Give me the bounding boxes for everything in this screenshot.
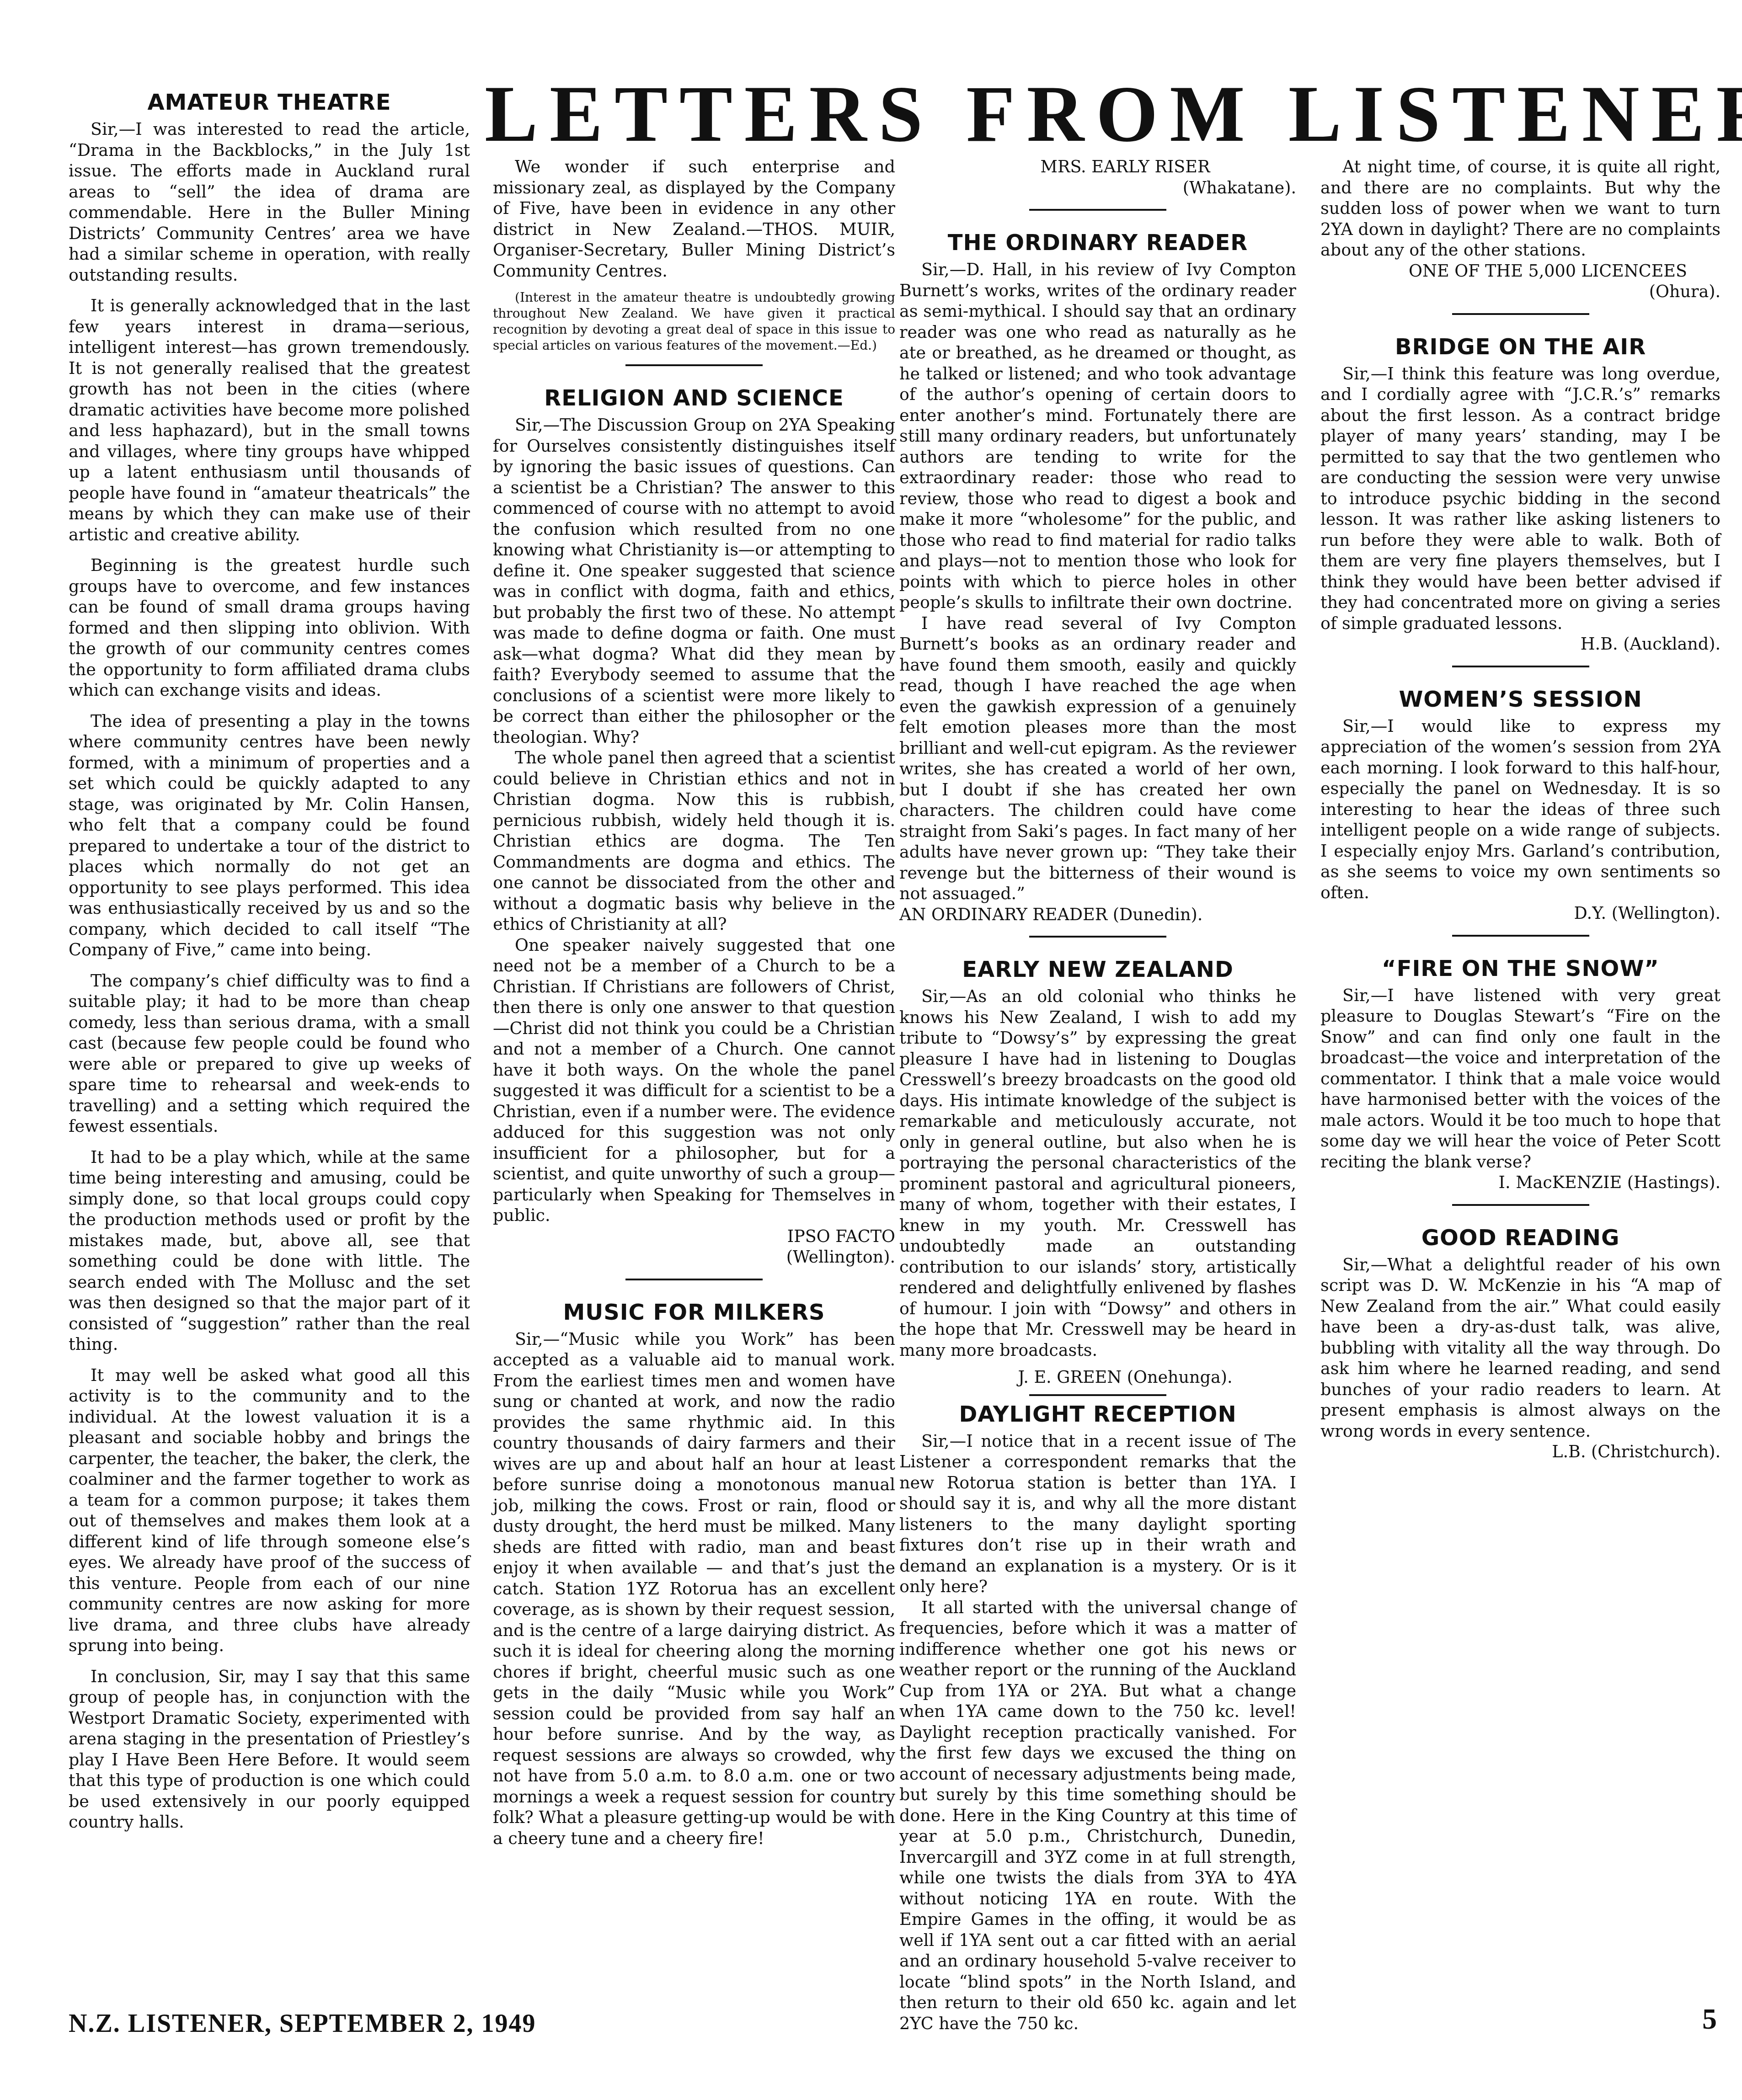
signature-name: IPSO FACTO bbox=[787, 1226, 895, 1246]
publication-footer: N.Z. LISTENER, SEPTEMBER 2, 1949 bbox=[69, 2009, 536, 2038]
letter-paragraph: In conclusion, Sir, may I say that this … bbox=[69, 1666, 470, 1833]
letter-paragraph: Sir,—“Music while you Work” has been acc… bbox=[493, 1329, 895, 1849]
letter-location: (Whakatane). bbox=[899, 177, 1296, 198]
letter-signature: MRS. EARLY RISER bbox=[899, 156, 1296, 177]
column-2: We wonder if such enterprise and mission… bbox=[493, 156, 895, 1849]
heading-fire-on-the-snow: “FIRE ON THE SNOW” bbox=[1320, 955, 1721, 982]
letter-signature: ONE OF THE 5,000 LICENCEES bbox=[1320, 261, 1721, 282]
letter-paragraph: Sir,—I think this feature was long overd… bbox=[1320, 363, 1721, 634]
letter-paragraph: Sir,—I notice that in a recent issue of … bbox=[899, 1431, 1296, 1597]
letter-paragraph: Beginning is the greatest hurdle such gr… bbox=[69, 555, 470, 701]
section-divider bbox=[625, 364, 763, 366]
column-4: At night time, of course, it is quite al… bbox=[1320, 156, 1721, 1462]
section-divider bbox=[1452, 935, 1589, 937]
letter-paragraph: Sir,—I would like to express my apprecia… bbox=[1320, 716, 1721, 903]
letter-paragraph: I have read several of Ivy Compton Burne… bbox=[899, 613, 1296, 904]
section-divider bbox=[1029, 209, 1166, 211]
letter-paragraph: The idea of presenting a play in the tow… bbox=[69, 711, 470, 960]
letter-signature: D.Y. (Wellington). bbox=[1320, 903, 1721, 924]
letter-paragraph: It is generally acknowledged that in the… bbox=[69, 295, 470, 545]
section-divider bbox=[1452, 1204, 1589, 1206]
heading-daylight-reception: DAYLIGHT RECEPTION bbox=[899, 1401, 1296, 1428]
letter-paragraph: Sir,—What a delightful reader of his own… bbox=[1320, 1254, 1721, 1442]
heading-womens-session: WOMEN’S SESSION bbox=[1320, 686, 1721, 713]
heading-early-new-zealand: EARLY NEW ZEALAND bbox=[899, 956, 1296, 983]
letter-signature: J. E. GREEN (Onehunga). bbox=[899, 1367, 1296, 1388]
heading-music-for-milkers: MUSIC FOR MILKERS bbox=[493, 1299, 895, 1326]
letter-paragraph: Sir,—As an old colonial who thinks he kn… bbox=[899, 986, 1296, 1360]
letter-paragraph: We wonder if such enterprise and mission… bbox=[493, 156, 895, 281]
letter-paragraph: At night time, of course, it is quite al… bbox=[1320, 156, 1721, 261]
letter-paragraph: It may well be asked what good all this … bbox=[69, 1365, 470, 1656]
letter-location: (Ohura). bbox=[1320, 281, 1721, 302]
section-divider bbox=[625, 1279, 763, 1280]
column-3: MRS. EARLY RISER (Whakatane). THE ORDINA… bbox=[899, 156, 1296, 2034]
letter-signature: AN ORDINARY READER (Dunedin). bbox=[899, 904, 1296, 925]
heading-the-ordinary-reader: THE ORDINARY READER bbox=[899, 229, 1296, 256]
letter-paragraph: Sir,—The Discussion Group on 2YA Speakin… bbox=[493, 415, 895, 747]
letter-paragraph: Sir,—I was interested to read the articl… bbox=[69, 119, 470, 285]
letter-location: (Wellington). bbox=[493, 1247, 895, 1268]
page-title: LETTERS FROM LISTENERS bbox=[485, 69, 1707, 160]
letter-paragraph: The company’s chief difficulty was to fi… bbox=[69, 970, 470, 1137]
section-divider bbox=[1029, 936, 1166, 938]
letter-paragraph: Sir,—D. Hall, in his review of Ivy Compt… bbox=[899, 259, 1296, 613]
section-divider bbox=[1452, 313, 1589, 315]
letter-paragraph: The whole panel then agreed that a scien… bbox=[493, 747, 895, 935]
editor-note: (Interest in the amateur theatre is undo… bbox=[493, 289, 895, 353]
letter-paragraph: Sir,—I have listened with very great ple… bbox=[1320, 985, 1721, 1173]
letter-paragraph: It had to be a play which, while at the … bbox=[69, 1147, 470, 1355]
column-1: AMATEUR THEATRE Sir,—I was interested to… bbox=[69, 87, 470, 1833]
section-divider bbox=[1029, 1394, 1166, 1396]
letter-paragraph: It all started with the universal change… bbox=[899, 1597, 1296, 2034]
heading-amateur-theatre: AMATEUR THEATRE bbox=[69, 89, 470, 116]
letter-signature: IPSO FACTO bbox=[493, 1226, 895, 1247]
page-number: 5 bbox=[1702, 2002, 1717, 2036]
letter-signature: I. MacKENZIE (Hastings). bbox=[1320, 1172, 1721, 1193]
heading-good-reading: GOOD READING bbox=[1320, 1224, 1721, 1252]
section-divider bbox=[1452, 666, 1589, 667]
heading-bridge-on-the-air: BRIDGE ON THE AIR bbox=[1320, 333, 1721, 361]
heading-religion-and-science: RELIGION AND SCIENCE bbox=[493, 384, 895, 412]
letter-signature: H.B. (Auckland). bbox=[1320, 634, 1721, 655]
letter-signature: L.B. (Christchurch). bbox=[1320, 1441, 1721, 1462]
letter-paragraph: One speaker naively suggested that one n… bbox=[493, 935, 895, 1226]
